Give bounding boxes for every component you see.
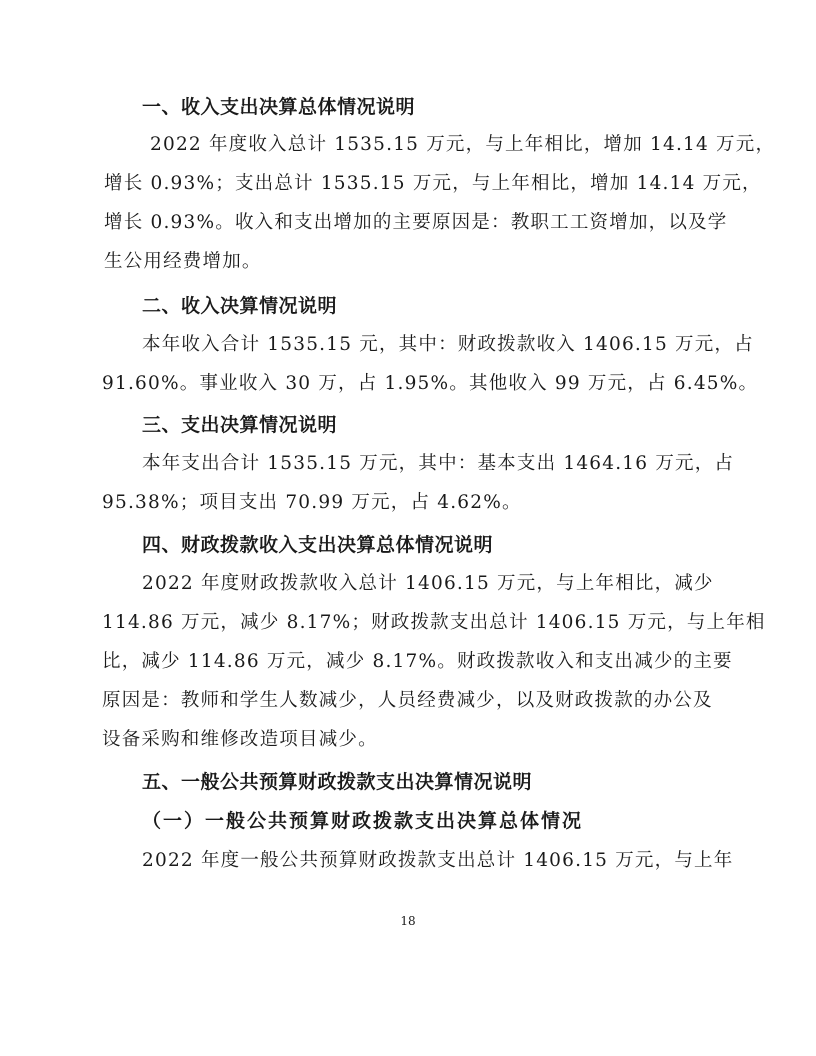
section-1-line-3: 增长 0.93%。收入和支出增加的主要原因是：教职工工资增加，以及学: [104, 208, 727, 234]
section-3-line-2: 95.38%；项目支出 70.99 万元，占 4.62%。: [102, 488, 522, 514]
section-4-line-3: 比，减少 114.86 万元，减少 8.17%。财政拨款收入和支出减少的主要: [102, 647, 733, 673]
section-2-heading: 二、收入决算情况说明: [142, 291, 337, 318]
section-1-heading: 一、收入支出决算总体情况说明: [142, 92, 415, 119]
section-4-line-2: 114.86 万元，减少 8.17%；财政拨款支出总计 1406.15 万元，与…: [102, 608, 766, 634]
section-5-subheading: （一）一般公共预算财政拨款支出决算总体情况: [142, 806, 583, 833]
section-5-line-1: 2022 年度一般公共预算财政拨款支出总计 1406.15 万元，与上年: [142, 846, 733, 872]
section-4-line-4: 原因是：教师和学生人数减少，人员经费减少，以及财政拨款的办公及: [102, 686, 713, 712]
document-page: 一、收入支出决算总体情况说明 2022 年度收入总计 1535.15 万元，与上…: [0, 0, 816, 1056]
section-3-line-1: 本年支出合计 1535.15 万元，其中：基本支出 1464.16 万元，占: [142, 449, 734, 475]
section-4-line-5: 设备采购和维修改造项目减少。: [102, 725, 378, 751]
section-2-line-2: 91.60%。事业收入 30 万，占 1.95%。其他收入 99 万元，占 6.…: [102, 369, 758, 395]
section-2-line-1: 本年收入合计 1535.15 元，其中：财政拨款收入 1406.15 万元，占: [142, 330, 754, 356]
page-number: 18: [0, 914, 816, 928]
section-4-line-1: 2022 年度财政拨款收入总计 1406.15 万元，与上年相比，减少: [142, 569, 714, 595]
section-5-heading: 五、一般公共预算财政拨款支出决算情况说明: [142, 767, 532, 794]
section-4-heading: 四、财政拨款收入支出决算总体情况说明: [142, 530, 493, 557]
section-1-line-1: 2022 年度收入总计 1535.15 万元，与上年相比，增加 14.14 万元…: [150, 130, 775, 156]
section-1-line-4: 生公用经费增加。: [104, 247, 262, 273]
section-3-heading: 三、支出决算情况说明: [142, 410, 337, 437]
section-1-line-2: 增长 0.93%；支出总计 1535.15 万元，与上年相比，增加 14.14 …: [104, 169, 762, 195]
